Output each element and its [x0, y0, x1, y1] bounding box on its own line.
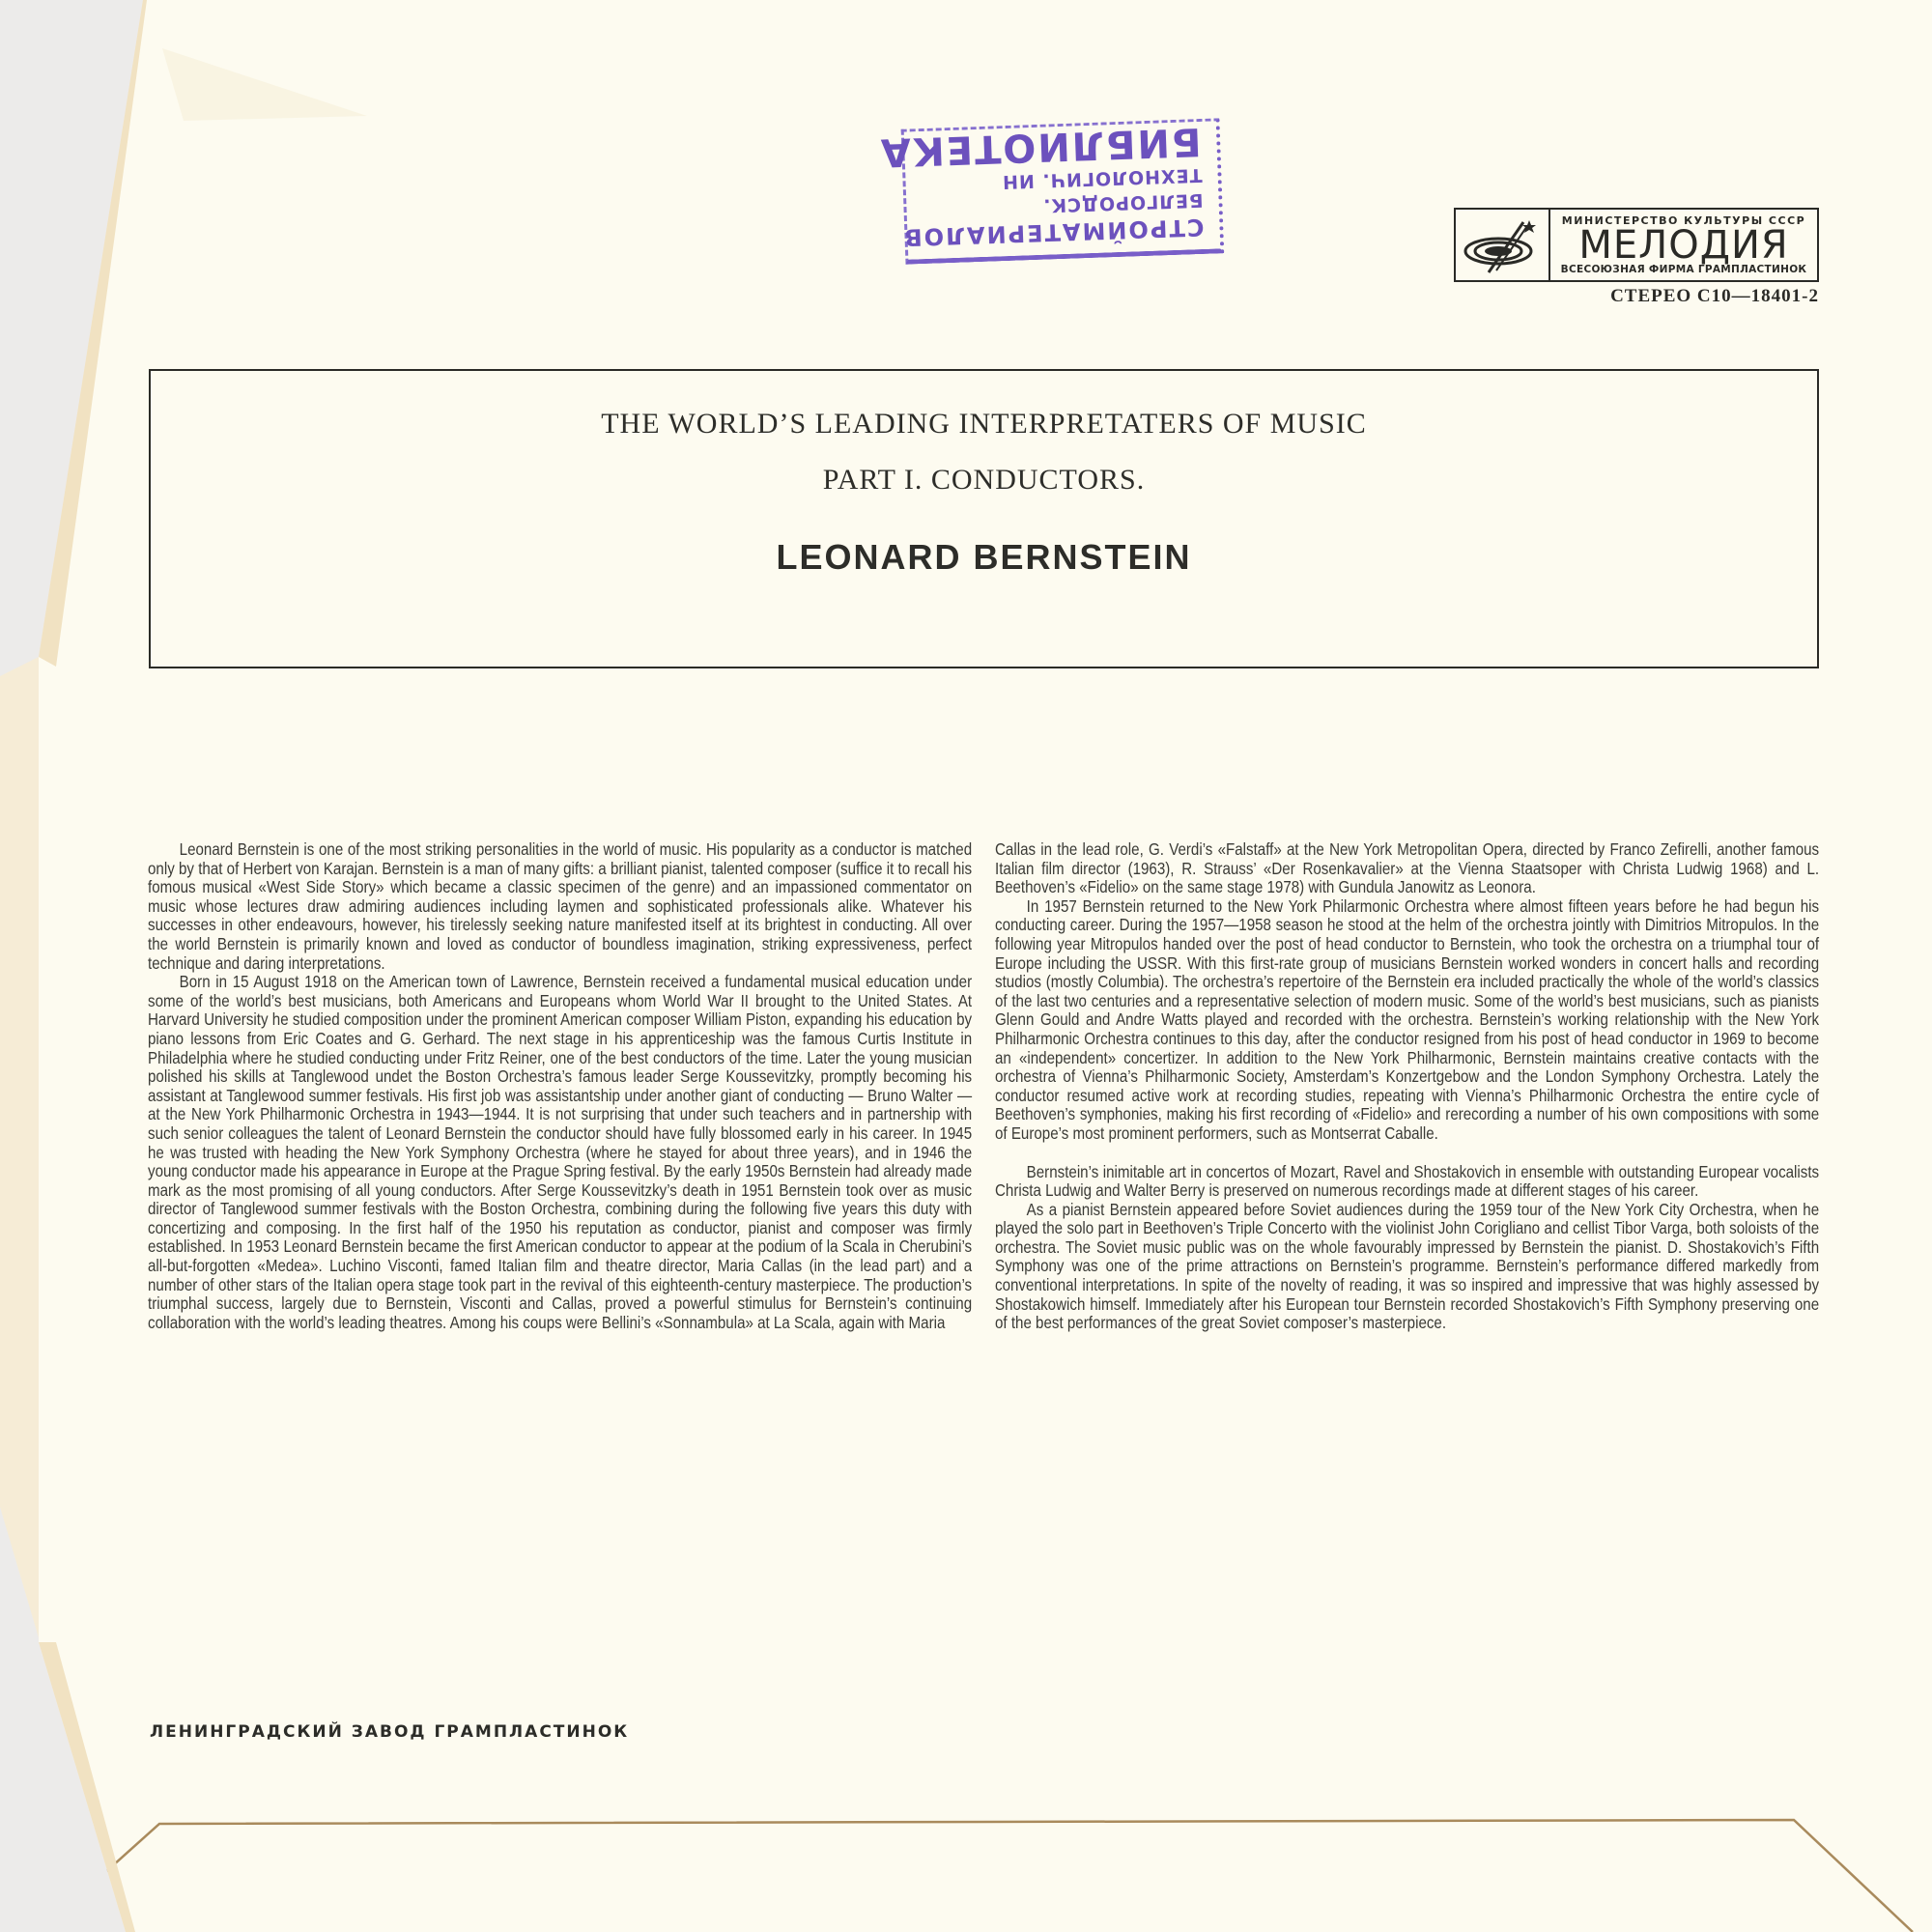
firm-text: ВСЕСОЮЗНАЯ ФИРМА ГРАМПЛАСТИНОК: [1561, 264, 1807, 275]
library-stamp: СТРОЙМАТЕРИАЛОВ БЕЛГОРОДСК. ТЕХНОЛОГИЧ. …: [901, 118, 1225, 264]
left-text-column: Leonard Bernstein is one of the most str…: [148, 840, 972, 1332]
paragraph: As a pianist Bernstein appeared before S…: [995, 1201, 1819, 1333]
record-sleeve-back: СТРОЙМАТЕРИАЛОВ БЕЛГОРОДСК. ТЕХНОЛОГИЧ. …: [0, 0, 1932, 1932]
right-text-column: Callas in the lead role, G. Verdi’s «Fal…: [995, 840, 1819, 1333]
title-box: THE WORLD’S LEADING INTERPRETATERS OF MU…: [149, 369, 1819, 668]
series-title: THE WORLD’S LEADING INTERPRETATERS OF MU…: [151, 408, 1817, 440]
melodiya-logo: МИНИСТЕРСТВО КУЛЬТУРЫ СССР МЕЛОДИЯ ВСЕСО…: [1454, 208, 1819, 282]
paragraph: Callas in the lead role, G. Verdi’s «Fal…: [995, 840, 1819, 897]
stamp-line-1: БИБЛИОТЕКА: [920, 120, 1202, 172]
factory-name: ЛЕНИНГРАДСКИЙ ЗАВОД ГРАМПЛАСТИНОК: [150, 1722, 629, 1742]
paragraph: In 1957 Bernstein returned to the New Yo…: [995, 897, 1819, 1144]
catalog-number: СТЕРЕО С10—18401-2: [1546, 286, 1819, 307]
artist-name: LEONARD BERNSTEIN: [151, 537, 1817, 578]
brand-name: МЕЛОДИЯ: [1578, 227, 1788, 264]
paragraph: Born in 15 August 1918 on the American t…: [148, 973, 972, 1332]
paragraph: Bernstein’s inimitable art in concertos …: [995, 1163, 1819, 1201]
paragraph: Leonard Bernstein is one of the most str…: [148, 840, 972, 973]
melodiya-emblem-icon: [1456, 210, 1550, 280]
part-title: PART I. CONDUCTORS.: [151, 464, 1817, 497]
